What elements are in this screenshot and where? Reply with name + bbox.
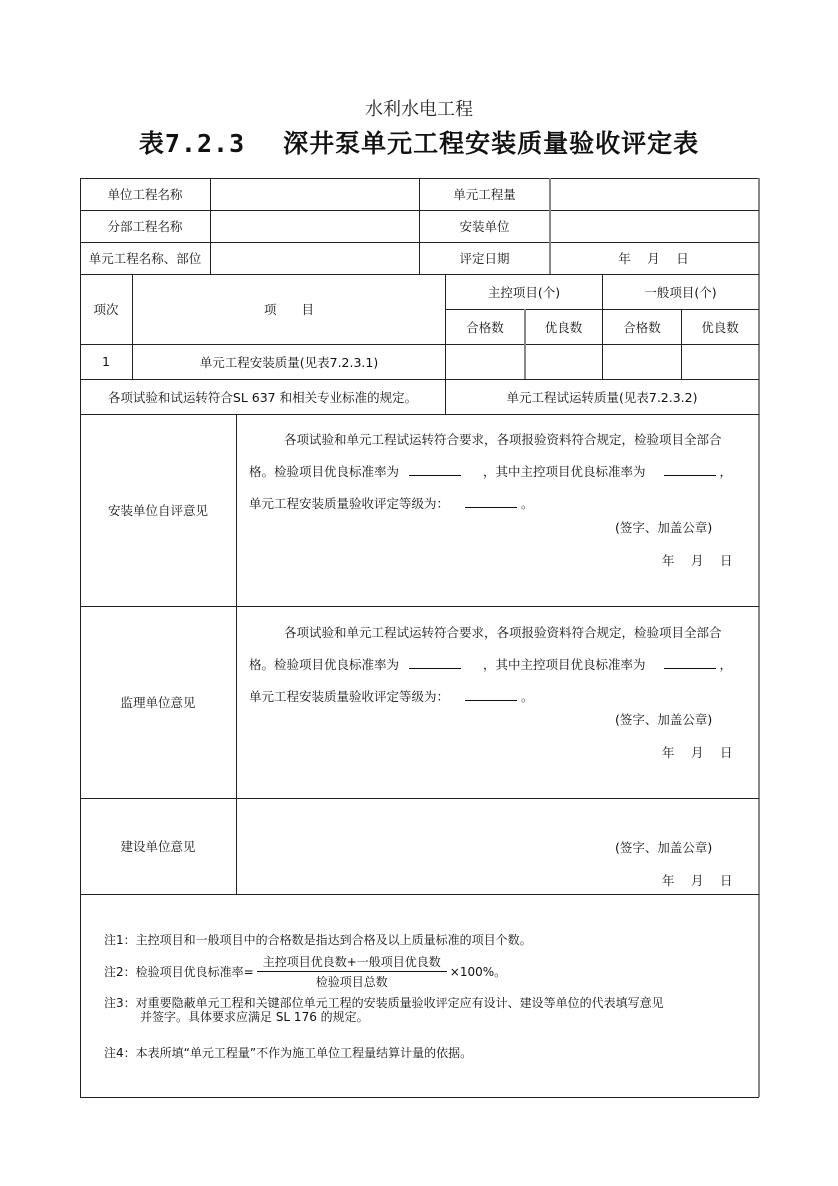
- evaluation-date-label: 评定日期: [420, 242, 549, 274]
- opinion-line-3: 单元工程安装质量验收评定等级为：。: [249, 494, 534, 512]
- signature-seal-note: (签字、加盖公章): [615, 710, 712, 728]
- note-1: 注1：主控项目和一般项目中的合格数是指达到合格及以上质量标准的项目个数。: [104, 931, 532, 948]
- division-project-name-field[interactable]: [211, 210, 419, 242]
- installation-unit-field[interactable]: [551, 210, 758, 242]
- document-title: 表7.2.3深井泵单元工程安装质量验收评定表: [0, 124, 838, 160]
- general-pass-count-field[interactable]: [603, 344, 681, 379]
- opinion-line-3: 单元工程安装质量验收评定等级为：。: [249, 687, 534, 705]
- index-column-header: 项次: [80, 274, 132, 344]
- general-items-header: 一般项目(个): [603, 274, 758, 309]
- unit-project-name-label: 单位工程名称: [80, 178, 210, 210]
- row-divider: [80, 894, 759, 895]
- main-excellence-rate-blank[interactable]: [664, 656, 716, 669]
- note-2: 注2：检验项目优良标准率= 主控项目优良数+一般项目优良数 检验项目总数 ×10…: [104, 953, 506, 990]
- installation-unit-label: 安装单位: [420, 210, 549, 242]
- quality-grade-blank[interactable]: [465, 688, 517, 701]
- main-pass-count-field[interactable]: [446, 344, 524, 379]
- evaluation-date-field[interactable]: 年 月 日: [551, 242, 758, 274]
- signature-date[interactable]: 年 月 日: [662, 871, 735, 889]
- general-pass-count-header: 合格数: [603, 309, 681, 344]
- quality-grade-blank[interactable]: [465, 495, 517, 508]
- division-project-name-label: 分部工程名称: [80, 210, 210, 242]
- opinion-line-2: 格。检验项目优良标准率为，其中主控项目优良标准率为，: [249, 655, 732, 673]
- self-evaluation-label: 安装单位自评意见: [80, 414, 236, 606]
- col-divider: [236, 414, 237, 894]
- trial-run-quality-reference[interactable]: 单元工程试运转质量(见表7.2.3.2): [446, 379, 758, 414]
- unit-project-name-field[interactable]: [211, 178, 419, 210]
- opinion-line-1: 各项试验和单元工程试运转符合要求，各项报验资料符合规定，检验项目全部合: [284, 430, 722, 448]
- element-quantity-label: 单元工程量: [420, 178, 549, 210]
- main-excellence-rate-blank[interactable]: [664, 463, 716, 476]
- signature-date[interactable]: 年 月 日: [662, 743, 735, 761]
- main-excellent-count-field[interactable]: [525, 344, 602, 379]
- signature-date[interactable]: 年 月 日: [662, 551, 735, 569]
- test-compliance-statement: 各项试验和试运转符合SL 637 和相关专业标准的规定。: [80, 379, 445, 414]
- item-name: 单元工程安装质量(见表7.2.3.1): [133, 344, 445, 379]
- opinion-line-2: 格。检验项目优良标准率为，其中主控项目优良标准率为，: [249, 462, 732, 480]
- excellence-rate-blank[interactable]: [409, 656, 461, 669]
- main-excellent-count-header: 优良数: [525, 309, 602, 344]
- note-3-line-2: 并签字。具体要求应满足 SL 176 的规定。: [140, 1008, 369, 1025]
- signature-seal-note: (签字、加盖公章): [615, 838, 712, 856]
- note-4: 注4：本表所填“单元工程量”不作为施工单位工程量结算计量的依据。: [104, 1044, 472, 1061]
- opinion-line-1: 各项试验和单元工程试运转符合要求，各项报验资料符合规定，检验项目全部合: [284, 623, 722, 641]
- main-control-items-header: 主控项目(个): [446, 274, 602, 309]
- table-border-right: [758, 178, 760, 1097]
- signature-seal-note: (签字、加盖公章): [615, 518, 712, 536]
- element-name-location-field[interactable]: [211, 242, 419, 274]
- element-quantity-field[interactable]: [551, 178, 758, 210]
- document-subtitle: 水利水电工程: [0, 95, 838, 121]
- table-title: 深井泵单元工程安装质量验收评定表: [283, 129, 699, 158]
- owner-opinion-label: 建设单位意见: [80, 798, 236, 894]
- table-number: 表7.2.3: [139, 129, 245, 158]
- item-column-header: 项 目: [133, 274, 445, 344]
- general-excellent-count-field[interactable]: [682, 344, 758, 379]
- supervision-opinion-label: 监理单位意见: [80, 606, 236, 798]
- excellence-rate-formula: 主控项目优良数+一般项目优良数 检验项目总数: [257, 953, 447, 990]
- excellence-rate-blank[interactable]: [409, 463, 461, 476]
- element-name-location-label: 单元工程名称、部位: [80, 242, 210, 274]
- table-border-bottom: [80, 1097, 759, 1098]
- main-pass-count-header: 合格数: [446, 309, 524, 344]
- general-excellent-count-header: 优良数: [682, 309, 758, 344]
- item-index: 1: [80, 344, 132, 379]
